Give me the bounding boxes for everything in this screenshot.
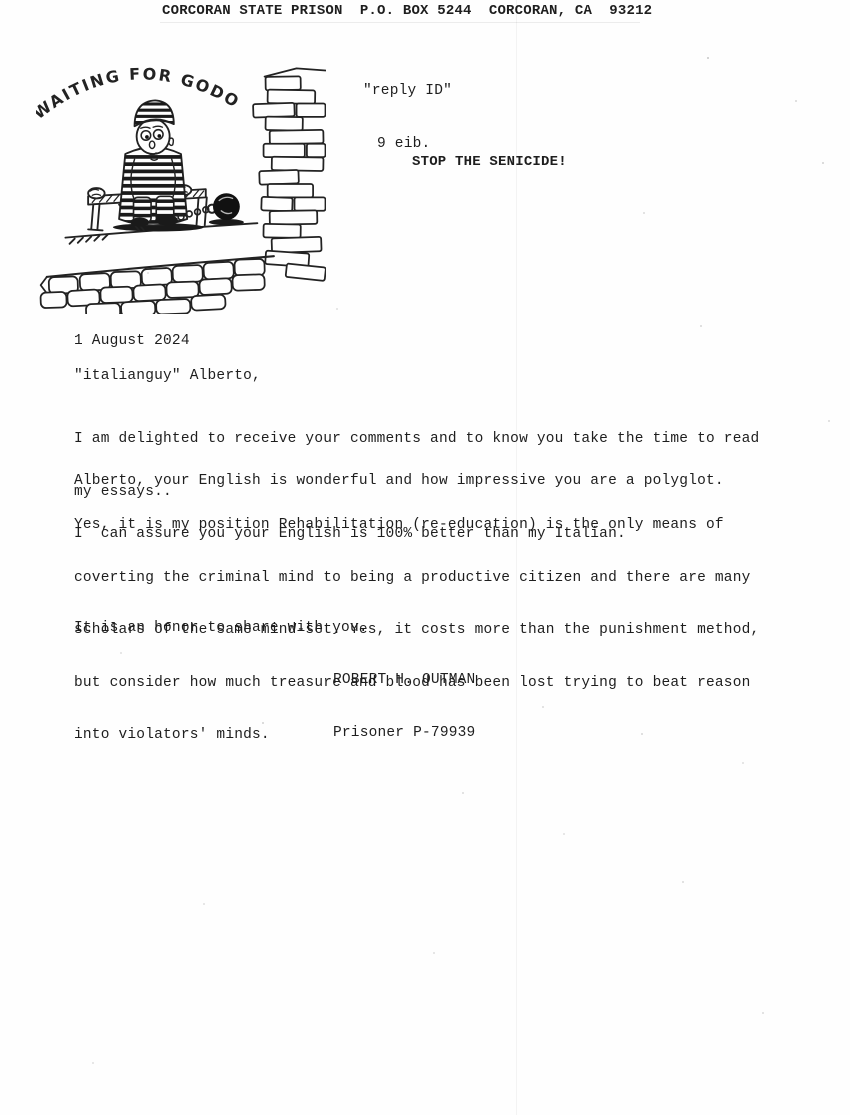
letter-paragraph-4: It is an honor to share with you. (74, 585, 368, 673)
signature-name: ROBERT H. OUTMAN (333, 672, 475, 690)
prisoner-shoe-right (155, 215, 178, 225)
slogan-line: STOP THE SENICIDE! (412, 154, 567, 172)
brick-wall (253, 68, 326, 281)
scan-specks (0, 0, 2, 2)
letterhead-scan-line (160, 22, 640, 23)
letterhead-line: CORCORAN STATE PRISON P.O. BOX 5244 CORC… (162, 3, 652, 21)
scan-fold-line (516, 0, 517, 1115)
paragraph-line: Yes, it is my position Rehabilitation (r… (74, 517, 759, 535)
letter-salutation: "italianguy" Alberto, (74, 368, 261, 386)
prisoner-figure (117, 100, 189, 226)
letter-date: 1 August 2024 (74, 333, 190, 351)
prisoner-eye-right (154, 130, 163, 139)
signature-block: ROBERT H. OUTMAN Prisoner P-79939 (333, 637, 475, 777)
prisoner-shoe-left (130, 218, 149, 227)
cobblestone-ledge (40, 256, 273, 314)
scanned-letter-page: CORCORAN STATE PRISON P.O. BOX 5244 CORC… (0, 0, 850, 1115)
reply-id-line1: "reply ID" (363, 83, 452, 101)
reply-id-line2: 9 eib. (363, 136, 452, 154)
prison-cartoon: WAITING FOR GODOT (36, 56, 326, 314)
signature-id: Prisoner P-79939 (333, 725, 475, 743)
paragraph-line: It is an honor to share with you. (74, 620, 368, 638)
prisoner-eye-left (141, 131, 150, 140)
